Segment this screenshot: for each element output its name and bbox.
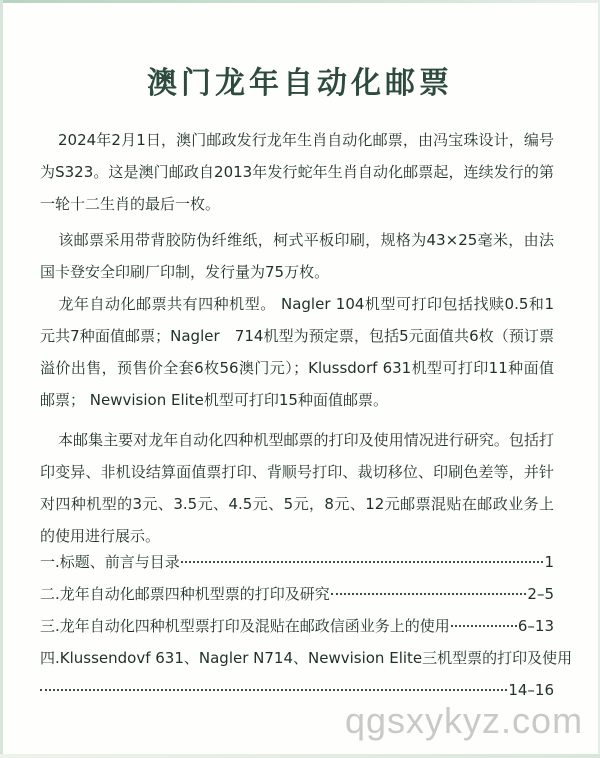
toc-leader-dots	[40, 689, 507, 691]
toc-leader-dots	[331, 593, 527, 595]
toc-entry-page: 2–5	[527, 578, 554, 610]
intro-paragraph-1: 2024年2月1日，澳门邮政发行龙年生肖自动化邮票，由冯宝珠设计，编号为S323…	[40, 124, 554, 220]
intro-paragraph-4: 本邮集主要对龙年自动化四种机型邮票的打印及使用情况进行研究。包括打印变异、非机设…	[40, 424, 554, 552]
toc-entry-label: 三.龙年自动化四种机型票打印及混贴在邮政信函业务上的使用	[40, 610, 450, 642]
toc-leader-dots	[451, 625, 517, 627]
intro-paragraph-2-text: 该邮票采用带背胶防伪纤维纸，柯式平板印刷，规格为43×25毫米，由法国卡登安全印…	[40, 231, 554, 281]
intro-paragraph-3: 龙年自动化邮票共有四种机型。 Nagler 104机型可打印包括找赎0.5和1元…	[40, 288, 554, 416]
page-edge-bottom	[0, 754, 600, 758]
toc-entry-label: 一.标题、前言与目录	[40, 546, 180, 578]
page-title: 澳门龙年自动化邮票	[0, 58, 600, 102]
intro-paragraph-2: 该邮票采用带背胶防伪纤维纸，柯式平板印刷，规格为43×25毫米，由法国卡登安全印…	[40, 224, 554, 288]
toc-entry-label: 四.Klussendovf 631、Nagler N714、Newvision …	[40, 649, 572, 667]
watermark: qgsxykyz.com	[345, 700, 583, 742]
intro-paragraph-1-text: 2024年2月1日，澳门邮政发行龙年生肖自动化邮票，由冯宝珠设计，编号为S323…	[40, 131, 554, 213]
page-edge-left	[0, 0, 3, 758]
intro-paragraph-3-text: 龙年自动化邮票共有四种机型。 Nagler 104机型可打印包括找赎0.5和1元…	[40, 295, 554, 409]
toc-entry-page: 1	[544, 546, 554, 578]
toc-entry-3: 三.龙年自动化四种机型票打印及混贴在邮政信函业务上的使用 6–13	[40, 610, 554, 642]
page-edge-top	[0, 0, 600, 3]
toc-entry-label: 二.龙年自动化邮票四种机型票的打印及研究	[40, 578, 330, 610]
toc-entry-4: 四.Klussendovf 631、Nagler N714、Newvision …	[40, 642, 554, 674]
toc-entry-page: 6–13	[518, 610, 554, 642]
table-of-contents: 一.标题、前言与目录 1 二.龙年自动化邮票四种机型票的打印及研究 2–5 三.…	[40, 546, 554, 706]
intro-paragraph-4-text: 本邮集主要对龙年自动化四种机型邮票的打印及使用情况进行研究。包括打印变异、非机设…	[40, 431, 554, 545]
toc-entry-1: 一.标题、前言与目录 1	[40, 546, 554, 578]
toc-entry-2: 二.龙年自动化邮票四种机型票的打印及研究 2–5	[40, 578, 554, 610]
toc-leader-dots	[181, 561, 544, 563]
